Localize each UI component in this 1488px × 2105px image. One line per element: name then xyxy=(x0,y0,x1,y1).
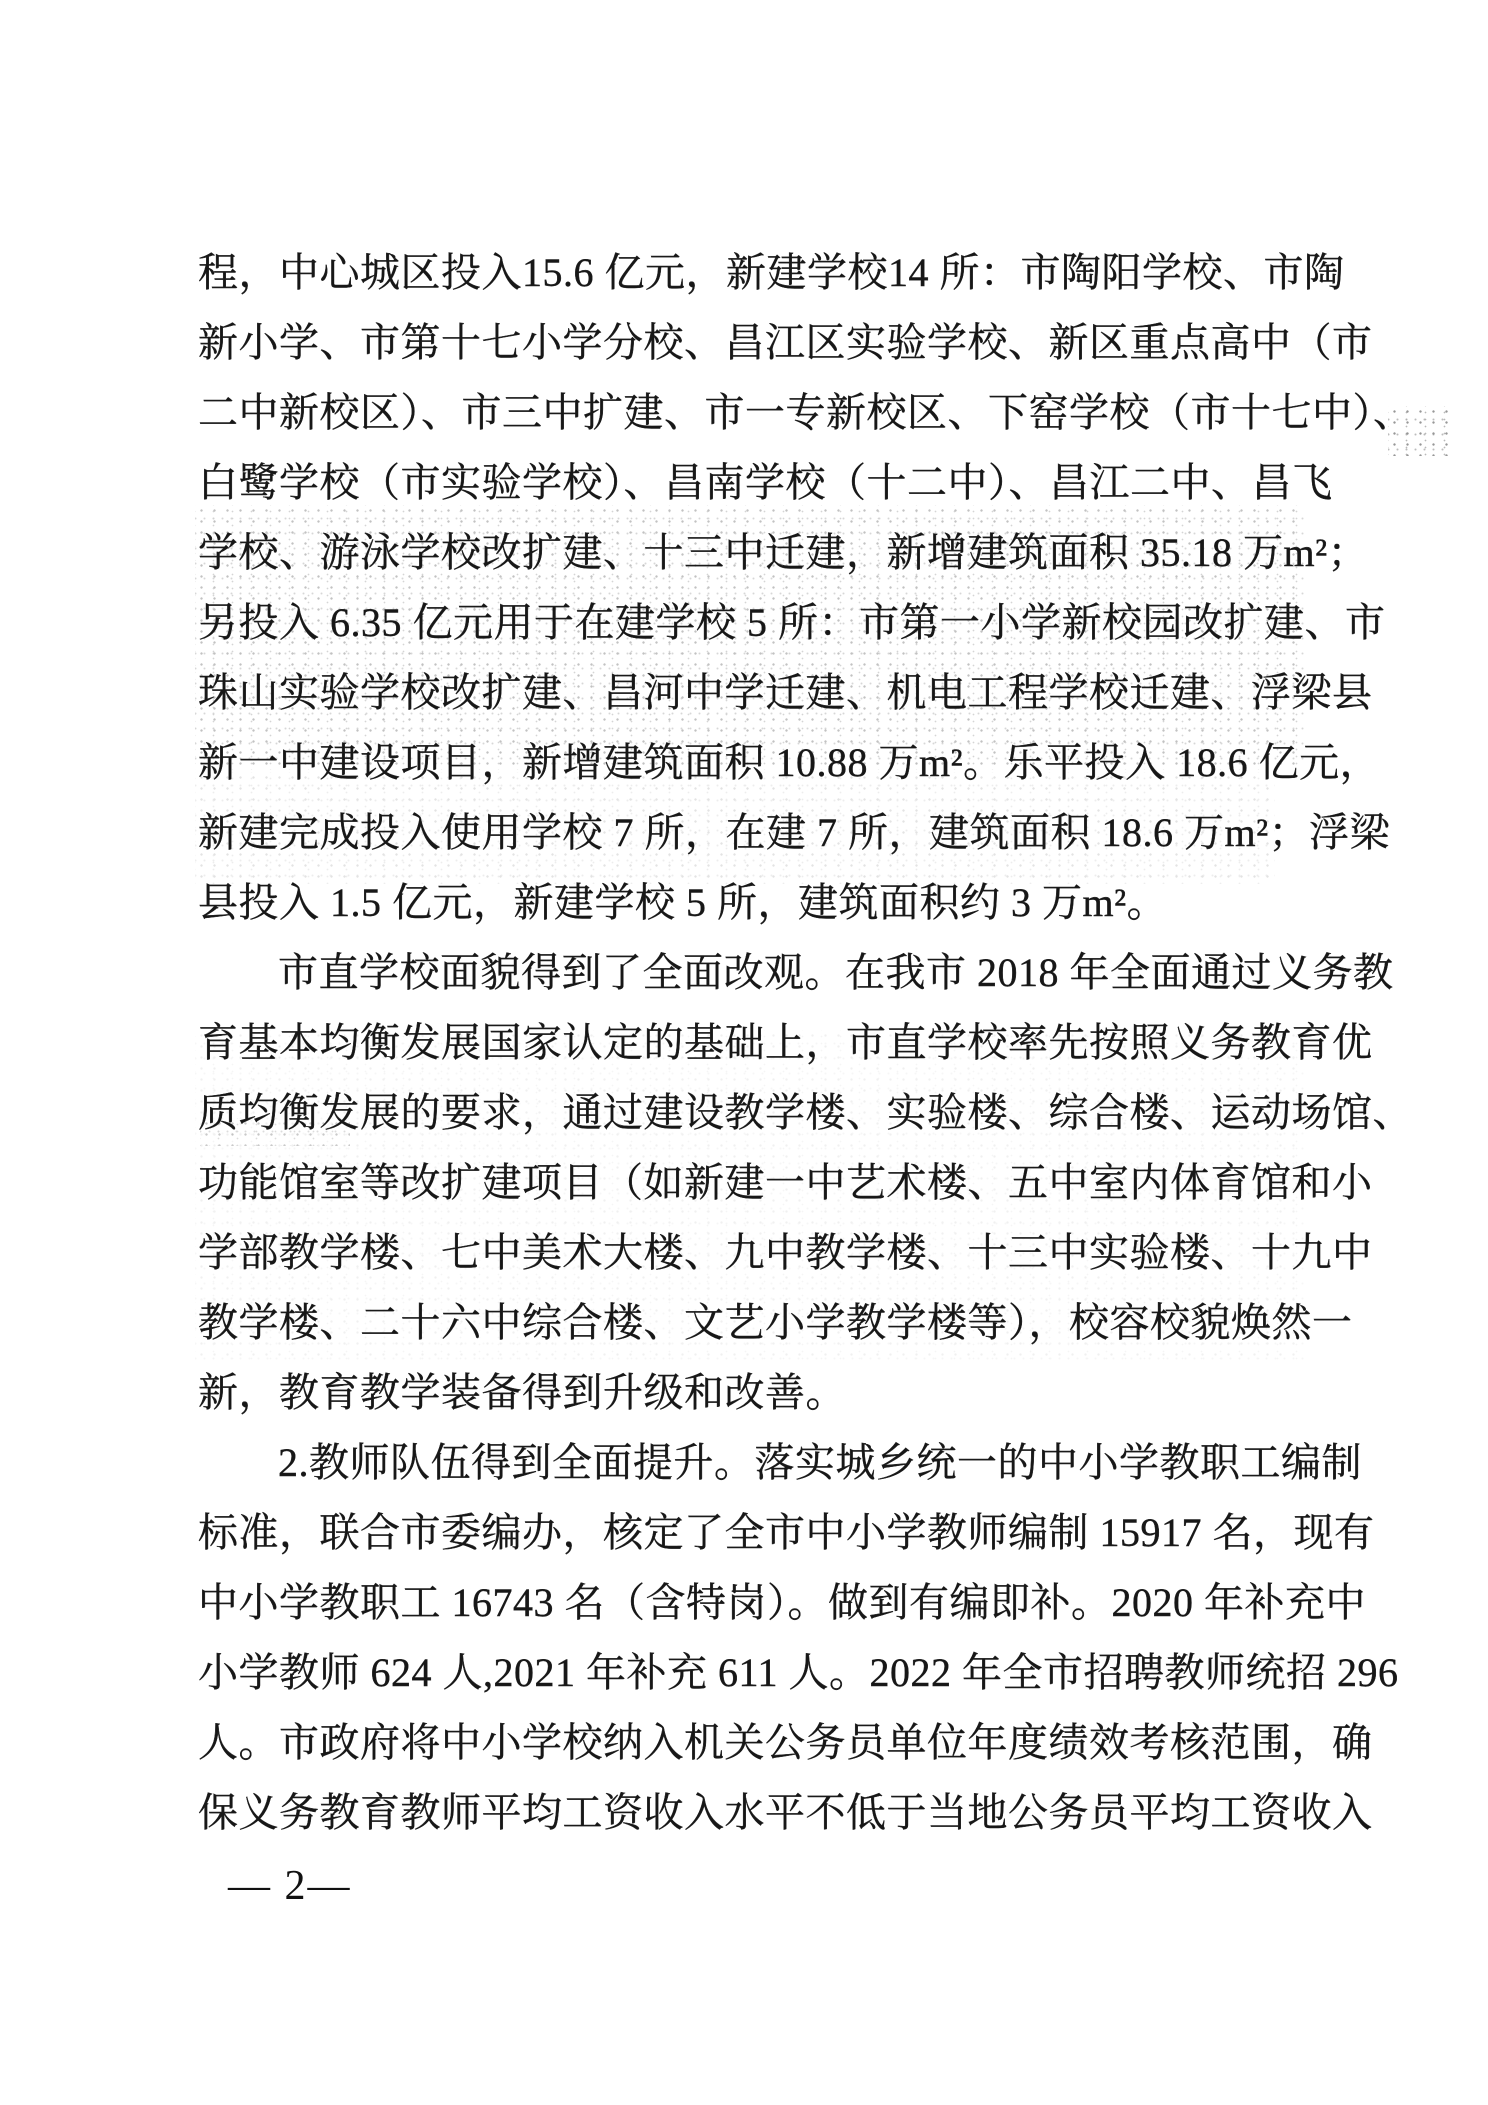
text-line: 2.教师队伍得到全面提升。落实城乡统一的中小学教职工编制 xyxy=(198,1428,1302,1498)
text-line: 学部教学楼、七中美术大楼、九中教学楼、十三中实验楼、十九中 xyxy=(198,1218,1302,1288)
text-line: 程，中心城区投入15.6 亿元，新建学校14 所：市陶阳学校、市陶 xyxy=(198,238,1302,308)
text-line: 新小学、市第十七小学分校、昌江区实验学校、新区重点高中（市 xyxy=(198,308,1302,378)
text-line: 功能馆室等改扩建项目（如新建一中艺术楼、五中室内体育馆和小 xyxy=(198,1148,1302,1218)
text-line: 珠山实验学校改扩建、昌河中学迁建、机电工程学校迁建、浮梁县 xyxy=(198,658,1302,728)
text-line: 新一中建设项目，新增建筑面积 10.88 万m²。乐平投入 18.6 亿元， xyxy=(198,728,1302,798)
text-line: 市直学校面貌得到了全面改观。在我市 2018 年全面通过义务教 xyxy=(198,938,1302,1008)
text-line: 新建完成投入使用学校 7 所，在建 7 所，建筑面积 18.6 万m²；浮梁 xyxy=(198,798,1302,868)
document-page: 程，中心城区投入15.6 亿元，新建学校14 所：市陶阳学校、市陶新小学、市第十… xyxy=(0,0,1488,2105)
text-line: 教学楼、二十六中综合楼、文艺小学教学楼等），校容校貌焕然一 xyxy=(198,1288,1302,1358)
text-line: 二中新校区）、市三中扩建、市一专新校区、下窑学校（市十七中）、 xyxy=(198,378,1302,448)
page-number: — 2— xyxy=(228,1862,352,1910)
text-line: 育基本均衡发展国家认定的基础上，市直学校率先按照义务教育优 xyxy=(198,1008,1302,1078)
text-line: 质均衡发展的要求，通过建设教学楼、实验楼、综合楼、运动场馆、 xyxy=(198,1078,1302,1148)
text-line: 标准，联合市委编办，核定了全市中小学教师编制 15917 名，现有 xyxy=(198,1498,1302,1568)
document-body: 程，中心城区投入15.6 亿元，新建学校14 所：市陶阳学校、市陶新小学、市第十… xyxy=(198,238,1302,1848)
text-line: 人。市政府将中小学校纳入机关公务员单位年度绩效考核范围，确 xyxy=(198,1708,1302,1778)
text-line: 新，教育教学装备得到升级和改善。 xyxy=(198,1358,1302,1428)
text-line: 另投入 6.35 亿元用于在建学校 5 所：市第一小学新校园改扩建、市 xyxy=(198,588,1302,658)
text-line: 小学教师 624 人,2021 年补充 611 人。2022 年全市招聘教师统招… xyxy=(198,1638,1302,1708)
text-line: 县投入 1.5 亿元，新建学校 5 所，建筑面积约 3 万m²。 xyxy=(198,868,1302,938)
text-line: 学校、游泳学校改扩建、十三中迁建，新增建筑面积 35.18 万m²； xyxy=(198,518,1302,588)
text-line: 中小学教职工 16743 名（含特岗）。做到有编即补。2020 年补充中 xyxy=(198,1568,1302,1638)
text-line: 保义务教育教师平均工资收入水平不低于当地公务员平均工资收入 xyxy=(198,1778,1302,1848)
text-line: 白鹭学校（市实验学校）、昌南学校（十二中）、昌江二中、昌飞 xyxy=(198,448,1302,518)
